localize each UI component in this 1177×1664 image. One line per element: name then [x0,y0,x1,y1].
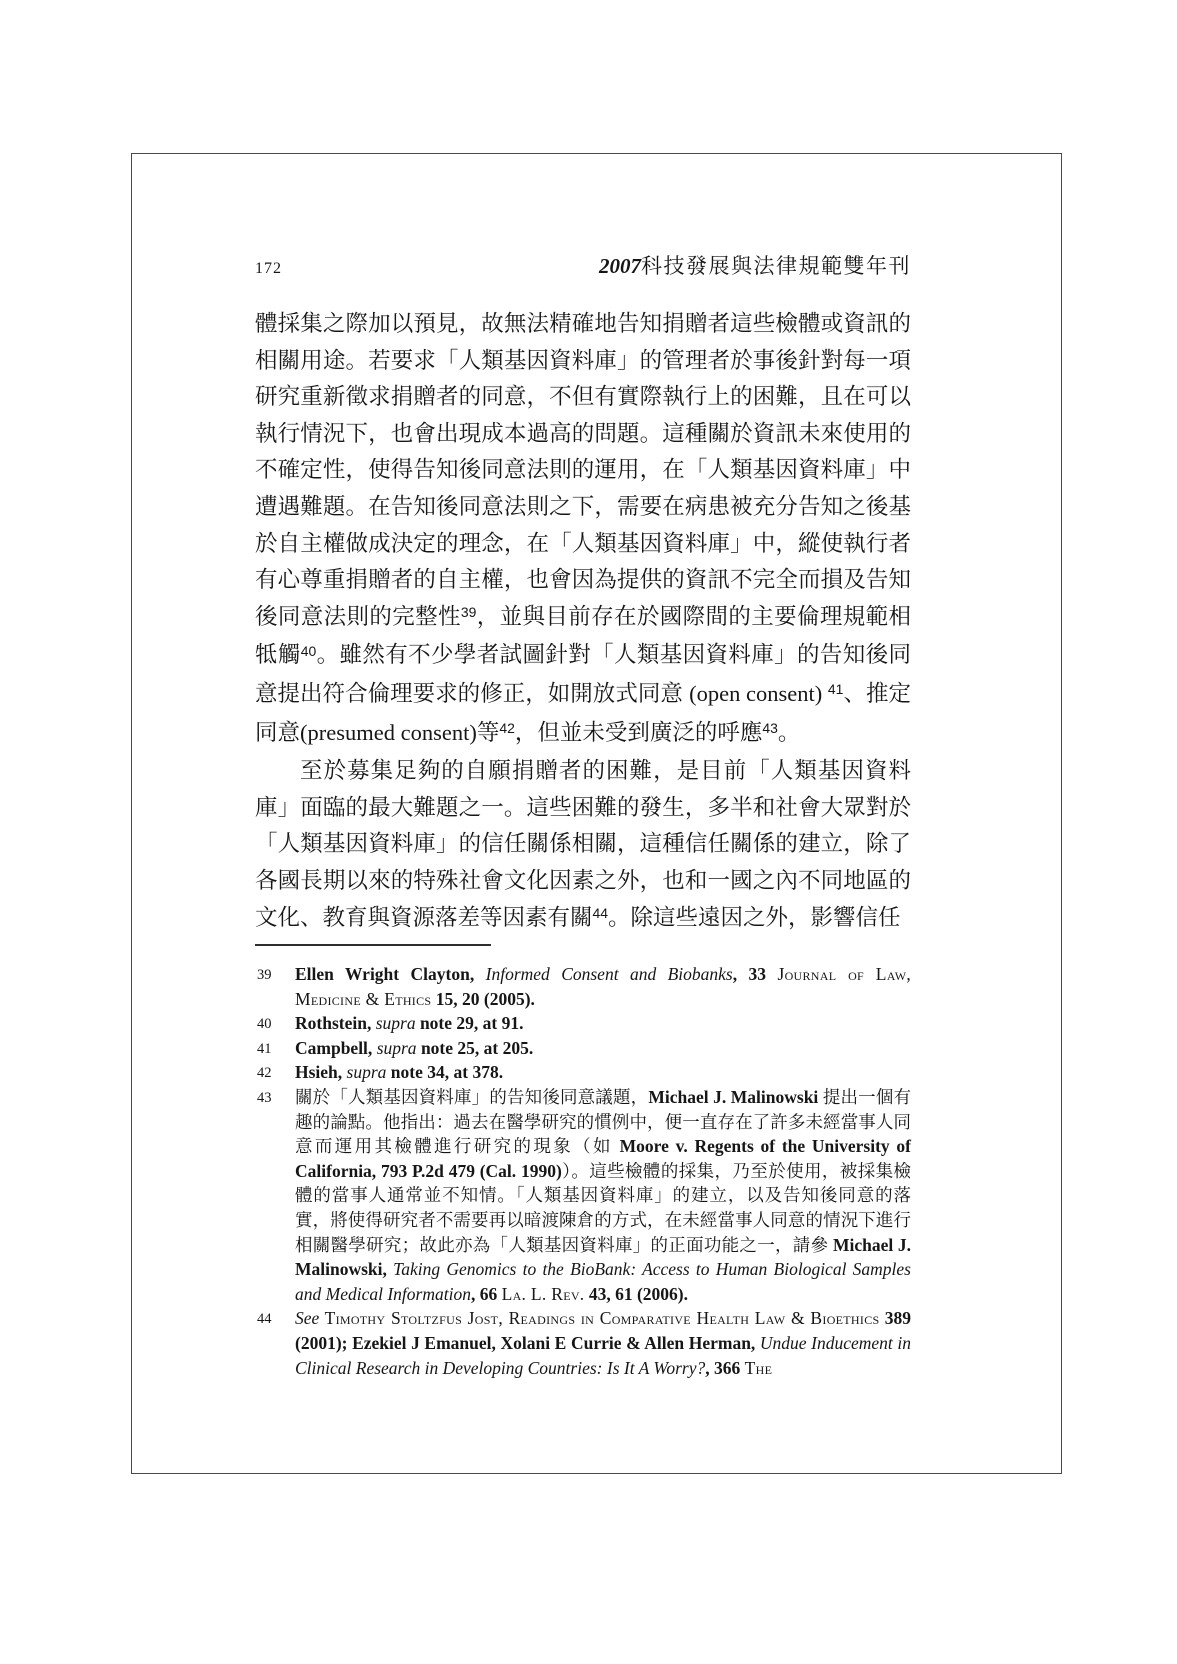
footnote-number: 44 [257,1307,272,1332]
footnote-text: Rothstein, supra note 29, at 91. [295,1013,523,1033]
journal-title-year: 2007 [599,254,641,278]
footnote-number: 42 [257,1061,272,1086]
footnote-number: 39 [257,963,272,988]
footnote-number: 41 [257,1037,272,1062]
footnote-separator [255,944,491,946]
body-text: 體採集之際加以預見，故無法精確地告知捐贈者這些檢體或資訊的相關用途。若要求「人類… [255,306,911,938]
footnote-44: 44 See Timothy Stoltzfus Jost, Readings … [255,1306,911,1380]
paragraph-2: 至於募集足夠的自願捐贈者的困難，是目前「人類基因資料庫」面臨的最大難題之一。這些… [255,753,911,938]
journal-title-text: 科技發展與法律規範雙年刊 [641,255,911,278]
footnote-text: See Timothy Stoltzfus Jost, Readings in … [295,1308,911,1377]
footnote-41: 41 Campbell, supra note 25, at 205. [255,1036,911,1061]
journal-page: 172 2007科技發展與法律規範雙年刊 體採集之際加以預見，故無法精確地告知捐… [0,0,1177,1664]
footnote-43: 43 關於「人類基因資料庫」的告知後同意議題，Michael J. Malino… [255,1085,911,1306]
footnote-number: 40 [257,1012,272,1037]
footnote-text: Campbell, supra note 25, at 205. [295,1038,533,1058]
footnotes-section: 39 Ellen Wright Clayton, Informed Consen… [255,962,911,1380]
footnote-text: Hsieh, supra note 34, at 378. [295,1062,503,1082]
footnote-42: 42 Hsieh, supra note 34, at 378. [255,1060,911,1085]
footnote-number: 43 [257,1086,272,1111]
page-number: 172 [255,260,282,278]
footnote-text: 關於「人類基因資料庫」的告知後同意議題，Michael J. Malinowsk… [295,1087,911,1304]
paragraph-1: 體採集之際加以預見，故無法精確地告知捐贈者這些檢體或資訊的相關用途。若要求「人類… [255,306,911,753]
page-header: 172 2007科技發展與法律規範雙年刊 [255,250,911,280]
footnote-39: 39 Ellen Wright Clayton, Informed Consen… [255,962,911,1011]
footnote-text: Ellen Wright Clayton, Informed Consent a… [295,964,911,1009]
journal-title: 2007科技發展與法律規範雙年刊 [599,250,911,280]
footnote-40: 40 Rothstein, supra note 29, at 91. [255,1011,911,1036]
